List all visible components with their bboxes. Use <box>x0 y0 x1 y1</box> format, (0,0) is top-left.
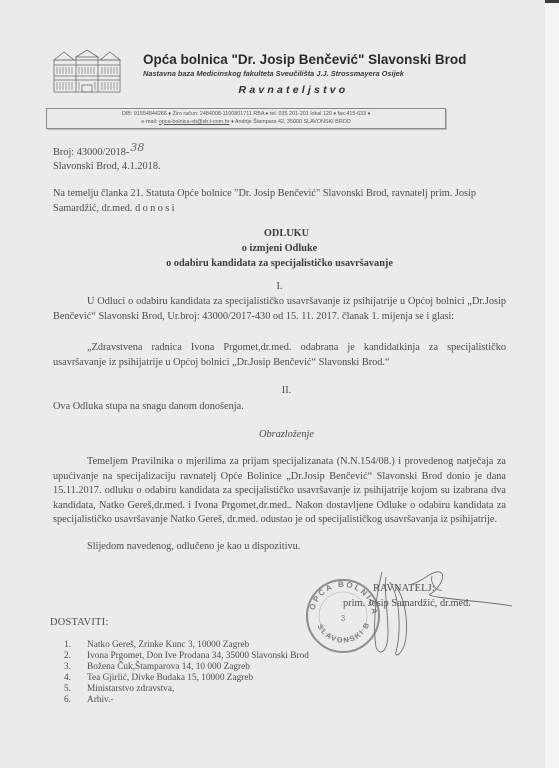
list-item-text: Božena Čuk,Štamparova 14, 10 000 Zagreb <box>80 662 250 673</box>
list-item-number: 6. <box>64 695 80 706</box>
list-item-text: Ministarstvo zdravstva, <box>80 684 174 695</box>
intro-donosi: donosi <box>135 203 177 214</box>
section-1-paragraph: U Odluci o odabiru kandidata za specijal… <box>53 295 506 324</box>
document-page: Opća bolnica "Dr. Josip Benčević" Slavon… <box>0 0 559 768</box>
list-item-text: Tea Gjirlić, Divke Budaka 15, 10000 Zagr… <box>80 673 253 684</box>
email-link[interactable]: opca-bolnica-sb@sb.t-com.hr <box>159 119 230 125</box>
section-1-number: I. <box>0 281 559 292</box>
list-item: 5.Ministarstvo zdravstva, <box>64 684 309 695</box>
hospital-subtitle: Nastavna baza Medicinskog fakulteta Sveu… <box>143 69 404 78</box>
reference-handwritten: 38 <box>130 141 144 154</box>
list-item-text: Ivona Prgomet, Don Ive Prodana 34, 35000… <box>80 651 309 662</box>
scan-edge <box>545 0 559 768</box>
scan-corner-mark <box>545 0 559 3</box>
email-label: e-mail: <box>141 119 157 125</box>
list-item-number: 4. <box>64 673 80 684</box>
reasoning-conclusion: Slijedom navedenog, odlučeno je kao u di… <box>53 540 506 555</box>
list-item: 2.Ivona Prgomet, Don Ive Prodana 34, 350… <box>64 651 309 662</box>
distribution-list: 1.Natko Gereš, Zrinke Kunc 3, 10000 Zagr… <box>64 640 309 706</box>
list-item: 3.Božena Čuk,Štamparova 14, 10 000 Zagre… <box>64 662 309 673</box>
director-title: RAVNATELJ: <box>373 583 435 594</box>
list-item-number: 5. <box>64 684 80 695</box>
list-item-number: 3. <box>64 662 80 673</box>
intro-text: Na temelju članka 21. Statuta Opće bolni… <box>53 188 476 214</box>
list-item-text: Natko Gereš, Zrinke Kunc 3, 10000 Zagreb <box>80 640 249 651</box>
stamp-number: 3 <box>341 614 346 623</box>
reference-number: Broj: 43000/2018-38 <box>53 145 144 158</box>
title-line-2: o izmjeni Odluke <box>0 241 559 256</box>
contact-info-box: OIB: 91554844266 ♦ Žiro račun: 2484008-1… <box>46 108 446 129</box>
distribution-label: DOSTAVITI: <box>50 617 109 628</box>
handwritten-signature-icon <box>352 562 522 662</box>
section-2-number: II. <box>0 385 559 396</box>
decision-title: ODLUKU o izmjeni Odluke o odabiru kandid… <box>0 226 559 271</box>
reasoning-paragraph: Temeljem Pravilnika o mjerilima za prija… <box>53 455 506 528</box>
hospital-name: Opća bolnica "Dr. Josip Benčević" Slavon… <box>143 52 466 67</box>
address-text: ♦ Andrije Štampara 42, 35000 SLAVONSKI B… <box>231 119 351 125</box>
reasoning-heading: Obrazloženje <box>0 429 559 440</box>
intro-paragraph: Na temelju članka 21. Statuta Opće bolni… <box>53 186 503 216</box>
place-date: Slavonski Brod, 4.1.2018. <box>53 161 161 172</box>
reference-number-text: Broj: 43000/2018- <box>53 147 129 158</box>
list-item: 6.Arhiv.- <box>64 695 309 706</box>
list-item-number: 1. <box>64 640 80 651</box>
section-2-paragraph: Ova Odluka stupa na snagu danom donošenj… <box>53 400 506 415</box>
title-line-3: o odabiru kandidata za specijalističko u… <box>0 256 559 271</box>
contact-info-line: OIB: 91554844266 ♦ Žiro račun: 2484008-1… <box>47 111 445 119</box>
list-item: 4.Tea Gjirlić, Divke Budaka 15, 10000 Za… <box>64 673 309 684</box>
contact-email-line: e-mail: opca-bolnica-sb@sb.t-com.hr ♦ An… <box>47 119 445 127</box>
director-name: prim. Josip Samardžić, dr.med. <box>343 598 471 609</box>
department-heading: Ravnateljstvo <box>0 84 559 96</box>
list-item-number: 2. <box>64 651 80 662</box>
list-item: 1.Natko Gereš, Zrinke Kunc 3, 10000 Zagr… <box>64 640 309 651</box>
title-line-1: ODLUKU <box>0 226 559 241</box>
list-item-text: Arhiv.- <box>80 695 114 706</box>
section-1-quote: „Zdravstvena radnica Ivona Prgomet,dr.me… <box>53 341 506 370</box>
